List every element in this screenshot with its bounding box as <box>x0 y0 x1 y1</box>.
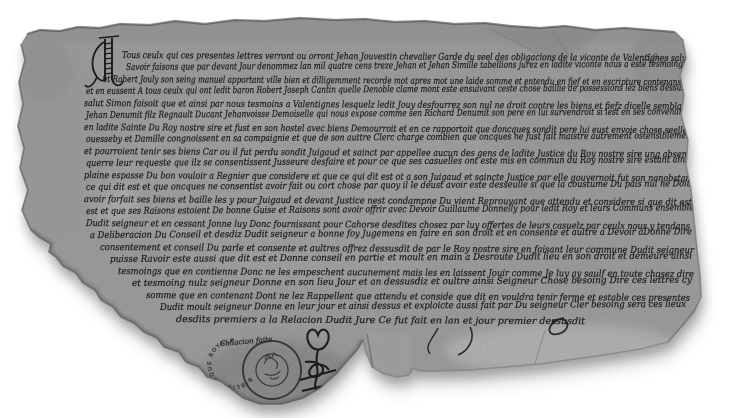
manuscript-photo: Tous ceulx qui ces presentes lettres ver… <box>0 0 729 418</box>
manuscript-line: desdits premiers a la Relacion Dudit Jur… <box>176 314 585 327</box>
parchment-scene: Tous ceulx qui ces presentes lettres ver… <box>0 0 729 418</box>
corner-mark-text: a.o <box>647 51 657 59</box>
manuscript-text: Tous ceulx qui ces presentes lettres ver… <box>84 50 696 327</box>
